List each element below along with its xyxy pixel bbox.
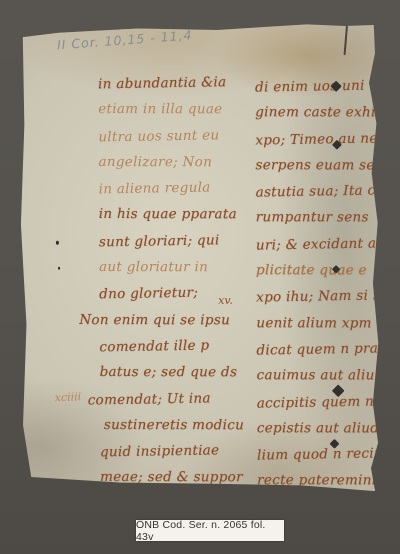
manuscript-line: sunt gloriari; qui [99,227,245,256]
manuscript-line: dicat quem n prae [256,335,381,364]
manuscript-line: accipitis quem n ac [257,388,382,417]
parchment-crack [344,23,349,55]
left-text-column: in abundantia &ia etiam in illa quae ult… [74,70,246,492]
manuscript-line: sustineretis modicu [104,412,246,439]
manuscript-line: uri; & excidant a si [256,230,382,259]
manuscript-line: lium quod n recipi [257,440,381,469]
manuscript-line: Non enim qui se ipsu [79,307,245,334]
manuscript-line: rumpantur sens [256,205,381,232]
caption-label: ÖNB Cod. Ser. n. 2065 fol. 43v [136,520,284,541]
parchment-page: II Cor. 10,15 - 11,4 in abundantia &ia e… [19,23,381,493]
pencil-annotation: II Cor. 10,15 - 11,4 [56,27,192,52]
manuscript-line: in aliena regula [98,174,244,203]
photo-background: { "pencil_annotation": "II Cor. 10,15 - … [0,0,400,554]
ink-dot [56,241,59,245]
manuscript-line: cepistis aut aliud eua [257,415,381,442]
manuscript-line: plicitate quae e [256,257,381,284]
manuscript-line: serpens euam sed [255,152,381,179]
manuscript-line: xpo ihu; Nam si i [256,282,381,311]
right-text-column: di enim uos uni uir ginem caste exhi xpo… [251,73,381,493]
manuscript-line: meae; sed & suppor [100,464,246,491]
manuscript-line: ginem caste exhi [255,99,381,126]
margin-numeral-left: xciiii [54,390,81,404]
manuscript-line: batus e; sed que ds [100,359,246,386]
manuscript-line: xpo; Timeo au ne [255,125,381,154]
manuscript-line: comendat ille p [99,332,245,361]
manuscript-line: quid insipientiae [100,437,246,466]
manuscript-line: astutia sua; Ita co [255,177,381,206]
manuscript-line: ultra uos sunt eu [98,121,244,150]
manuscript-line: in his quae pparata [99,202,245,229]
ink-dot [58,267,60,270]
margin-numeral-center: xv. [218,294,233,307]
manuscript-line: aut gloriatur in [99,254,245,281]
manuscript-line: recte pateremini [257,468,381,493]
manuscript-line: uenit alium xpm p [256,310,381,337]
manuscript-line: etiam in illa quae [98,96,244,123]
manuscript-line: cauimus aut aliu [257,362,382,389]
manuscript-line: angelizare; Non [98,149,244,176]
manuscript-line: in abundantia &ia [98,69,244,98]
manuscript-line: comendat; Ut ina [88,384,246,413]
manuscript-line: di enim uos uni uir [255,72,381,101]
